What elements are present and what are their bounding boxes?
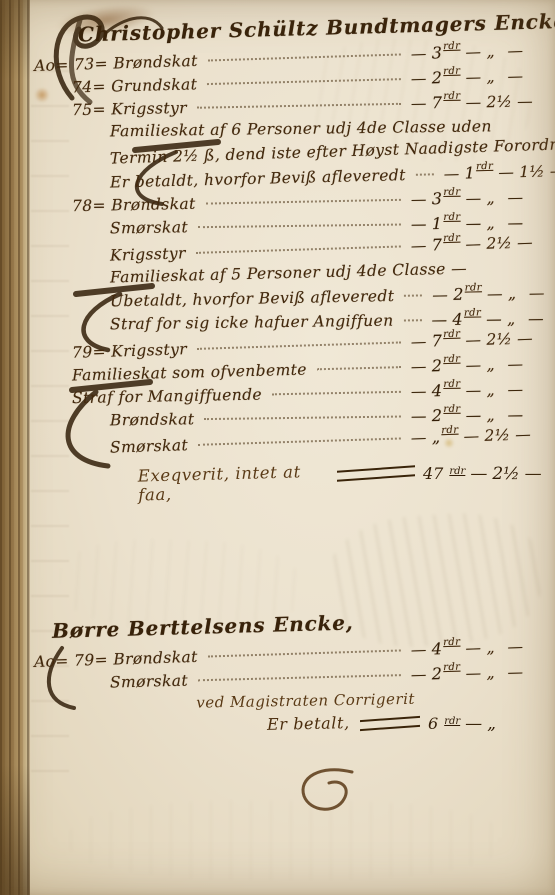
dash-separator: —	[431, 311, 447, 329]
manuscript-page: Christopher Schültz Bundtmagers Encke, A…	[0, 0, 555, 895]
blank-gap	[34, 494, 543, 612]
entry-amount: — 2rdr — „ —	[411, 662, 543, 684]
total-rdr-value: 6	[428, 714, 438, 733]
dotted-leader	[198, 674, 401, 681]
rdr-value: 2	[432, 664, 443, 683]
entry-amount: — 7rdr — 2½ —	[411, 328, 544, 351]
currency-unit: rdr	[443, 404, 460, 415]
rdr-value: 7	[431, 331, 442, 350]
dash-separator: —	[465, 381, 481, 399]
dash-separator: —	[411, 94, 427, 112]
mark-value: „	[486, 189, 502, 207]
dash-separator: —	[465, 356, 481, 374]
dash-separator: —	[465, 664, 481, 682]
dotted-leader	[404, 294, 422, 296]
dotted-leader	[197, 341, 401, 349]
dash-separator: —	[465, 93, 481, 111]
currency-unit: rdr	[443, 187, 460, 198]
dash-separator: —	[498, 163, 514, 181]
dash-separator: —	[507, 214, 523, 232]
currency-unit: rdr	[449, 466, 465, 477]
entry-label: Smørskat	[110, 436, 189, 456]
entry-amount: — 1rdr — 1½ —	[443, 161, 555, 183]
mark-value: „	[486, 381, 502, 399]
currency-unit: rdr	[443, 212, 460, 223]
dash-separator: —	[411, 382, 427, 400]
dotted-leader	[404, 319, 422, 321]
dash-separator: —	[443, 165, 459, 183]
currency-unit: rdr	[444, 716, 460, 727]
mark-value: „	[486, 638, 503, 656]
entry-label: Krigsstyr	[110, 244, 186, 264]
rdr-value: 2	[432, 406, 443, 425]
bleed-through-ghost-text	[70, 800, 500, 880]
rdr-value: 2	[453, 285, 464, 304]
dotted-leader	[204, 416, 401, 421]
entry-amount: — 4rdr — „ —	[411, 379, 543, 401]
dotted-leader	[416, 173, 434, 175]
total-mark-value: 2½	[492, 464, 519, 484]
rdr-value: 4	[431, 639, 442, 658]
rdr-value: 1	[464, 163, 475, 182]
dash-separator: —	[465, 331, 481, 349]
book-binding-edge	[0, 0, 30, 895]
dash-separator: —	[465, 189, 481, 207]
currency-unit: rdr	[443, 91, 460, 102]
dash-separator: —	[507, 355, 523, 373]
ledger-section-1: Ao= 73= Brøndskat — 3rdr — „ — 74= Grund…	[34, 48, 543, 456]
total-label: Er betalt,	[267, 713, 350, 734]
dash-separator: —	[465, 714, 482, 734]
mark-value: „	[508, 284, 524, 302]
dash-separator: —	[411, 641, 427, 659]
section1-title: Christopher Schültz Bundtmagers Encke,	[78, 10, 543, 47]
dash-separator: —	[411, 407, 427, 425]
entry-amount: — 4rdr — „ —	[431, 308, 555, 329]
dotted-leader	[272, 391, 401, 395]
dotted-leader	[198, 224, 401, 229]
ledger-section-2: Ao= 79= Brøndskat — 4rdr — „ — Smørskat …	[34, 644, 543, 692]
entry-label: Smørskat	[110, 218, 188, 237]
entry-amount: — 1rdr — „ —	[411, 213, 543, 234]
dash-separator: —	[465, 639, 481, 657]
entry-label: 79= Krigsstyr	[72, 340, 188, 362]
dash-separator: —	[411, 215, 427, 233]
dash-separator: —	[466, 214, 482, 232]
total-mark-value: „	[487, 714, 503, 734]
mark-value: „	[486, 42, 503, 60]
rdr-value: 4	[452, 310, 463, 329]
dash-separator: —	[515, 425, 531, 443]
dotted-leader	[208, 53, 401, 61]
entry-label: 74= Grundskat	[72, 75, 198, 96]
entry-label: Brøndskat	[110, 410, 195, 429]
currency-unit: rdr	[443, 637, 461, 649]
entry-amount: — 2rdr — „ —	[411, 354, 543, 376]
rdr-value: 1	[432, 214, 443, 233]
dash-separator: —	[466, 406, 482, 424]
mark-value: „	[486, 356, 502, 374]
rdr-value: 4	[432, 381, 443, 400]
total-rdr-value: 47	[423, 464, 443, 483]
dash-separator: —	[432, 286, 448, 304]
section1-total-row: Exeqverit, intet at faa, 47rdr — 2½ —	[34, 464, 543, 494]
entry-label: 78= Brøndskat	[72, 195, 196, 215]
entry-amount: — 3rdr — „ —	[411, 187, 543, 209]
total-amount: 47rdr — 2½ —	[423, 464, 543, 484]
entry-label: Smørskat	[110, 672, 189, 692]
mark-value: 2½	[484, 426, 510, 445]
entry-label: Straf for sig icke hafuer Angiffuen	[110, 312, 394, 334]
ledger-content: Christopher Schültz Bundtmagers Encke, A…	[34, 16, 543, 740]
dash-separator: —	[525, 464, 542, 484]
dash-separator: —	[465, 235, 481, 253]
dotted-leader	[317, 366, 401, 370]
mark-value: „	[486, 68, 502, 86]
currency-unit: rdr	[443, 66, 460, 77]
dash-separator: —	[411, 70, 427, 88]
dotted-leader	[207, 78, 401, 85]
rdr-value: 2	[432, 356, 443, 375]
entry-label: Ao= 73= Brøndskat	[34, 52, 198, 75]
entry-amount: — 7rdr — 2½ —	[411, 91, 543, 113]
dash-separator: —	[411, 429, 427, 447]
dash-separator: —	[507, 638, 523, 656]
currency-unit: rdr	[465, 282, 482, 293]
entry-label: Ubetaldt, hvorfor Beviß afleveredt	[110, 287, 395, 310]
currency-unit: rdr	[443, 329, 461, 341]
dash-separator: —	[507, 188, 523, 206]
currency-unit: rdr	[441, 425, 459, 437]
entry-amount: — 2rdr — „ —	[411, 66, 543, 88]
dash-separator: —	[507, 663, 523, 681]
mark-value: 2½	[486, 330, 512, 349]
total-label: Exeqverit, intet at faa,	[138, 461, 337, 504]
section2-total-row: Er betalt, 6rdr — „	[34, 714, 543, 740]
currency-unit: rdr	[443, 233, 461, 245]
dash-separator: —	[487, 285, 503, 303]
dotted-leader	[208, 649, 401, 657]
dash-separator: —	[529, 284, 545, 302]
dotted-leader	[198, 437, 401, 445]
rdr-value: 3	[432, 189, 443, 208]
dash-separator: —	[517, 92, 533, 110]
dash-separator: —	[463, 427, 479, 445]
dotted-leader	[206, 199, 401, 205]
double-rule	[337, 465, 415, 481]
mark-value: „	[486, 214, 502, 232]
dash-separator: —	[528, 310, 544, 328]
double-rule	[360, 716, 420, 731]
dash-separator: —	[470, 464, 487, 484]
rdr-value: 7	[431, 235, 442, 254]
dotted-leader	[196, 245, 401, 253]
entry-label: Straf for Mangiffuende	[72, 386, 262, 408]
entry-amount: — 2rdr — „ —	[411, 405, 543, 426]
dash-separator: —	[411, 333, 427, 351]
currency-unit: rdr	[443, 41, 461, 53]
mark-value: „	[507, 310, 523, 328]
currency-unit: rdr	[443, 662, 460, 673]
dash-separator: —	[517, 329, 533, 347]
entry-label: Familieskat som ofvenbemte	[72, 361, 307, 385]
entry-amount: — 7rdr — 2½ —	[411, 232, 544, 255]
mark-value: 2½	[486, 234, 512, 253]
entry-label: 75= Krigsstyr	[72, 99, 187, 119]
dash-separator: —	[411, 190, 427, 208]
total-amount: 6rdr — „	[428, 714, 543, 734]
dash-separator: —	[507, 380, 523, 398]
mark-value: 1½	[519, 163, 545, 182]
mark-value: „	[486, 406, 502, 424]
dash-separator: —	[550, 162, 555, 180]
currency-unit: rdr	[443, 354, 460, 365]
dash-separator: —	[411, 237, 427, 255]
dash-separator: —	[411, 45, 427, 63]
dash-separator: —	[486, 310, 502, 328]
dash-separator: —	[465, 43, 481, 61]
entry-label: Ao= 79= Brøndskat	[34, 648, 198, 671]
rdr-value: „	[431, 427, 440, 446]
rdr-value: 3	[431, 43, 442, 62]
currency-unit: rdr	[476, 161, 493, 172]
dash-separator: —	[517, 233, 533, 251]
mark-value: „	[486, 664, 502, 682]
dash-separator: —	[465, 68, 481, 86]
rdr-value: 2	[432, 68, 443, 87]
dotted-leader	[197, 103, 401, 109]
entry-amount: — 4rdr — „ —	[411, 636, 544, 659]
currency-unit: rdr	[443, 379, 460, 390]
entry-label: Familieskat af 6 Personer udj 4de Classe…	[110, 117, 492, 140]
dash-separator: —	[411, 358, 427, 376]
currency-unit: rdr	[464, 307, 481, 318]
dash-separator: —	[411, 666, 427, 684]
dash-separator: —	[507, 67, 523, 85]
entry-amount: — 3rdr — „ —	[411, 40, 544, 63]
entry-amount: — „rdr — 2½ —	[411, 424, 544, 447]
rdr-value: 7	[432, 93, 443, 112]
mark-value: 2½	[486, 93, 512, 111]
dash-separator: —	[507, 406, 523, 424]
entry-amount: — 2rdr — „ —	[432, 283, 555, 305]
dash-separator: —	[507, 42, 523, 60]
